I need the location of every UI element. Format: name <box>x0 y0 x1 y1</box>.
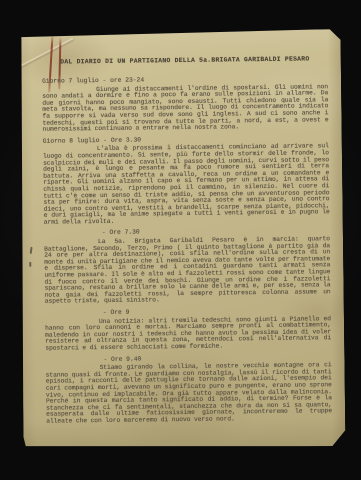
diary-section: - Ore 7.30 La 5a. Brigata Garibaldi Pesa… <box>44 228 331 306</box>
document-title: DAL DIARIO DI UN PARTIGIANO DELLA 5a.BRI… <box>42 55 328 65</box>
document-content: DAL DIARIO DI UN PARTIGIANO DELLA 5a.BRI… <box>42 55 332 428</box>
margin-mark <box>30 247 33 254</box>
diary-section: - Ore 9.40 Stiamo girando la collina, le… <box>45 354 332 425</box>
diary-section: Giorno 8 luglio - Ore 3.30 L'alba è pros… <box>43 135 330 226</box>
diary-section: - Ore 9 Una notizia: altri tremila tedes… <box>45 307 331 352</box>
section-paragraph: Una notizia: altri tremila tedeschi sono… <box>45 316 331 352</box>
diary-section: Giorno 7 luglio - ore 23-24 Giunge ai di… <box>42 75 329 133</box>
paper-sheet: DAL DIARIO DI UN PARTIGIANO DELLA 5a.BRI… <box>18 29 345 450</box>
section-paragraph: La 5a. Brigata Garibaldi Pesaro è in mar… <box>44 236 331 305</box>
section-paragraph: Stiamo girando la collina, le nostre vec… <box>46 362 333 425</box>
section-paragraph: Giunge ai distaccamenti l'ordine di spos… <box>42 84 329 134</box>
section-paragraph: L'alba è prossima i distaccamenti cominc… <box>43 144 330 227</box>
margin-mark <box>29 262 31 267</box>
